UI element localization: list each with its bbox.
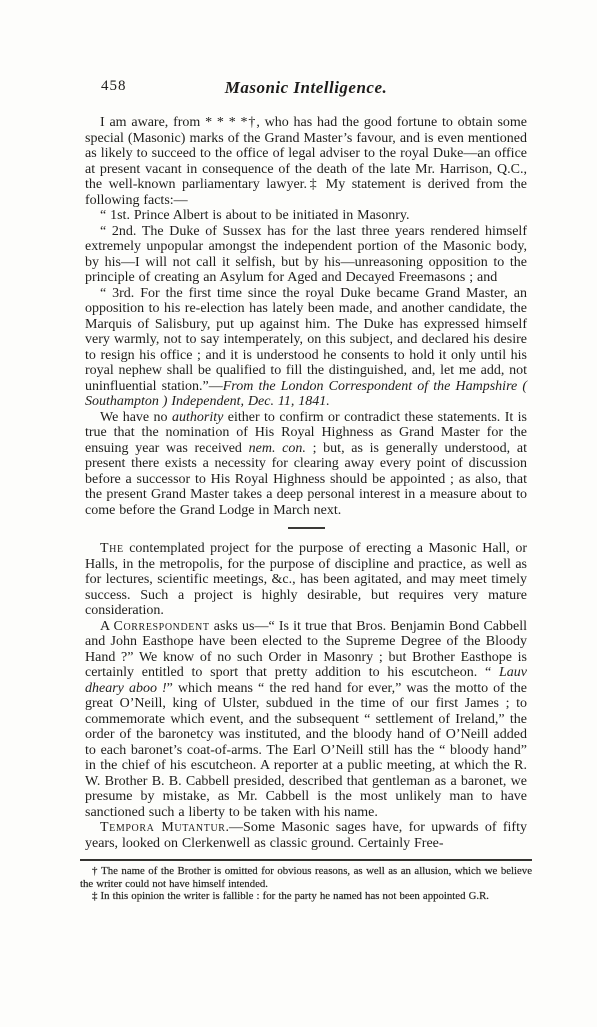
paragraph-correspondent: A Correspondent asks us—“ Is it true tha… bbox=[85, 619, 527, 821]
quote-item-2nd: “ 2nd. The Duke of Sussex has for the la… bbox=[85, 224, 527, 286]
footnotes: † The name of the Brother is omitted for… bbox=[80, 865, 532, 903]
paragraph-intro: I am aware, from * * * *†, who has had t… bbox=[85, 115, 527, 208]
quote-item-1st: “ 1st. Prince Albert is about to be init… bbox=[85, 208, 527, 224]
paragraph-editorial-reply: We have no authority either to confirm o… bbox=[85, 410, 527, 519]
section-divider-rule bbox=[288, 527, 325, 529]
page-title: Masonic Intelligence. bbox=[85, 78, 527, 98]
paragraph-masonic-hall: The contemplated project for the purpose… bbox=[85, 541, 527, 619]
page-header: 458 Masonic Intelligence. bbox=[85, 78, 527, 100]
page-number: 458 bbox=[101, 78, 127, 95]
scanned-book-page: 458 Masonic Intelligence. I am aware, fr… bbox=[0, 0, 597, 1027]
article-body: I am aware, from * * * *†, who has had t… bbox=[85, 115, 527, 903]
footnote-dagger: † The name of the Brother is omitted for… bbox=[80, 865, 532, 890]
footnote-double-dagger: ‡ In this opinion the writer is fallible… bbox=[80, 890, 532, 903]
quote-item-3rd: “ 3rd. For the first time since the roya… bbox=[85, 286, 527, 410]
paragraph-tempora-mutantur: Tempora Mutantur.—Some Masonic sages hav… bbox=[85, 820, 527, 851]
footnote-separator-rule bbox=[80, 859, 532, 861]
